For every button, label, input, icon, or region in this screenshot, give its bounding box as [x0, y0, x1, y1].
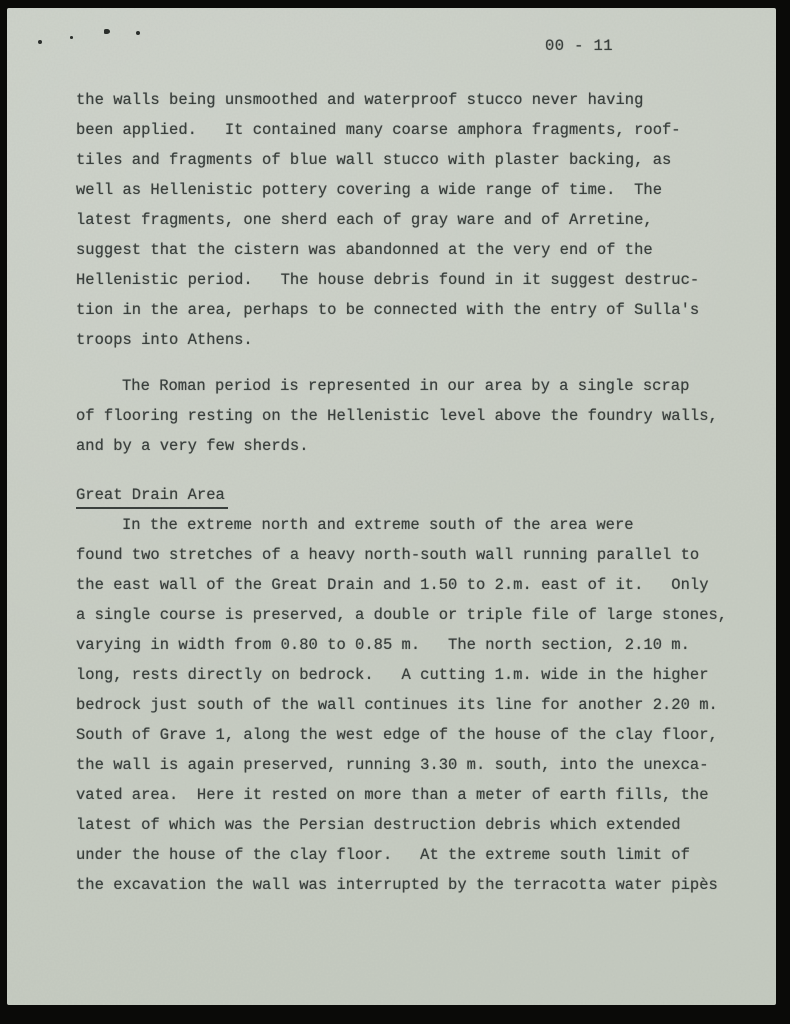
text-line: of flooring resting on the Hellenistic l… — [76, 401, 766, 431]
text-line: suggest that the cistern was abandonned … — [76, 235, 766, 265]
ink-speck — [38, 40, 42, 44]
text-line: latest fragments, one sherd each of gray… — [76, 205, 766, 235]
text-line: under the house of the clay floor. At th… — [76, 840, 766, 870]
text-line: well as Hellenistic pottery covering a w… — [76, 175, 766, 205]
text-line: the east wall of the Great Drain and 1.5… — [76, 570, 766, 600]
text-line: South of Grave 1, along the west edge of… — [76, 720, 766, 750]
text-line: latest of which was the Persian destruct… — [76, 810, 766, 840]
ink-speck — [104, 29, 110, 34]
text-line: tion in the area, perhaps to be connecte… — [76, 295, 766, 325]
ink-speck — [136, 31, 140, 35]
text-line: In the extreme north and extreme south o… — [76, 510, 766, 540]
text-line: the wall is again preserved, running 3.3… — [76, 750, 766, 780]
text-line: Hellenistic period. The house debris fou… — [76, 265, 766, 295]
paragraph-cistern: the walls being unsmoothed and waterproo… — [76, 85, 766, 355]
text-line: tiles and fragments of blue wall stucco … — [76, 145, 766, 175]
text-line: and by a very few sherds. — [76, 431, 766, 461]
document-page: 00 - 11 the walls being unsmoothed and w… — [7, 8, 776, 1005]
section-heading-text: Great Drain Area — [76, 483, 228, 509]
text-line: The Roman period is represented in our a… — [76, 371, 766, 401]
text-line: vated area. Here it rested on more than … — [76, 780, 766, 810]
ink-speck — [70, 36, 73, 39]
text-line: been applied. It contained many coarse a… — [76, 115, 766, 145]
document-body: the walls being unsmoothed and waterproo… — [76, 85, 766, 900]
text-line: troops into Athens. — [76, 325, 766, 355]
paragraph-roman-period: The Roman period is represented in our a… — [76, 371, 766, 461]
paragraph-great-drain: In the extreme north and extreme south o… — [76, 510, 766, 900]
text-line: bedrock just south of the wall continues… — [76, 690, 766, 720]
text-line: the excavation the wall was interrupted … — [76, 870, 766, 900]
text-line: varying in width from 0.80 to 0.85 m. Th… — [76, 630, 766, 660]
section-heading-great-drain-area: Great Drain Area — [76, 480, 766, 510]
scan-background: 00 - 11 the walls being unsmoothed and w… — [0, 0, 790, 1024]
text-line: found two stretches of a heavy north-sou… — [76, 540, 766, 570]
text-line: long, rests directly on bedrock. A cutti… — [76, 660, 766, 690]
page-number: 00 - 11 — [545, 31, 613, 61]
text-line: the walls being unsmoothed and waterproo… — [76, 85, 766, 115]
text-line: a single course is preserved, a double o… — [76, 600, 766, 630]
